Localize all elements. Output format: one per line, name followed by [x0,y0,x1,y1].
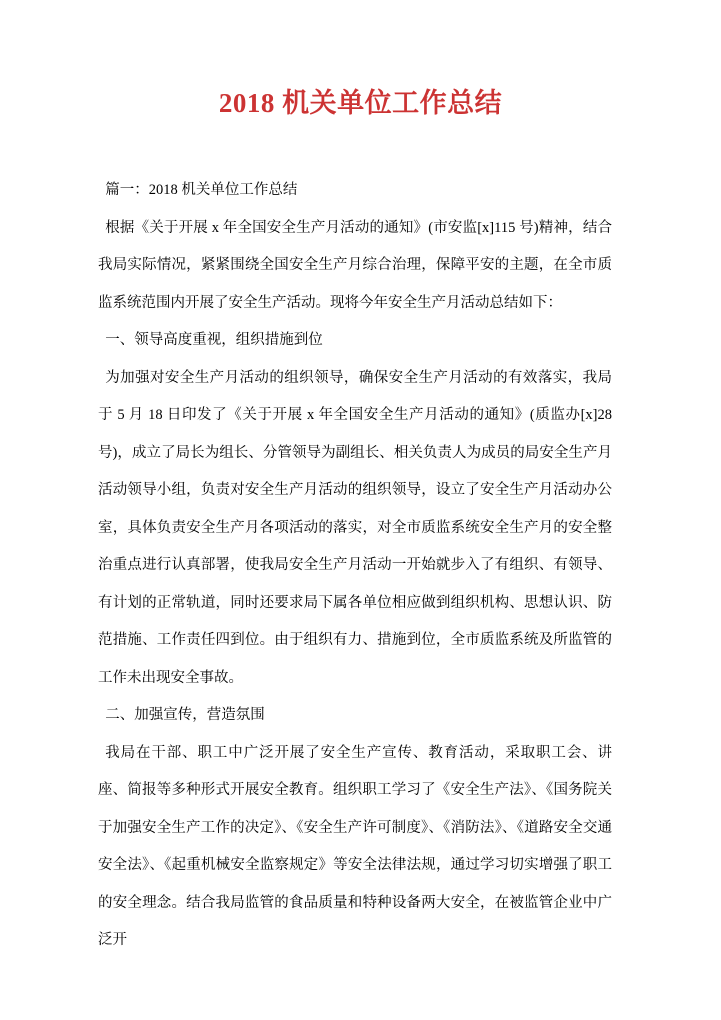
doc-body: 篇一：2018 机关单位工作总结 根据《关于开展 x 年全国安全生产月活动的通知… [98,172,612,960]
document-page: 2018 机关单位工作总结 篇一：2018 机关单位工作总结 根据《关于开展 x… [0,0,721,1020]
paragraph: 根据《关于开展 x 年全国安全生产月活动的通知》(市安监[x]115 号)精神，… [98,210,612,323]
doc-subtitle: 篇一：2018 机关单位工作总结 [98,172,612,210]
doc-title: 2018 机关单位工作总结 [0,0,721,118]
section-heading: 一、领导高度重视，组织措施到位 [98,322,612,360]
paragraph: 为加强对安全生产月活动的组织领导，确保安全生产月活动的有效落实，我局于 5 月 … [98,360,612,698]
paragraph: 我局在干部、职工中广泛开展了安全生产宣传、教育活动，采取职工会、讲座、简报等多种… [98,735,612,960]
section-heading: 二、加强宣传，营造氛围 [98,697,612,735]
